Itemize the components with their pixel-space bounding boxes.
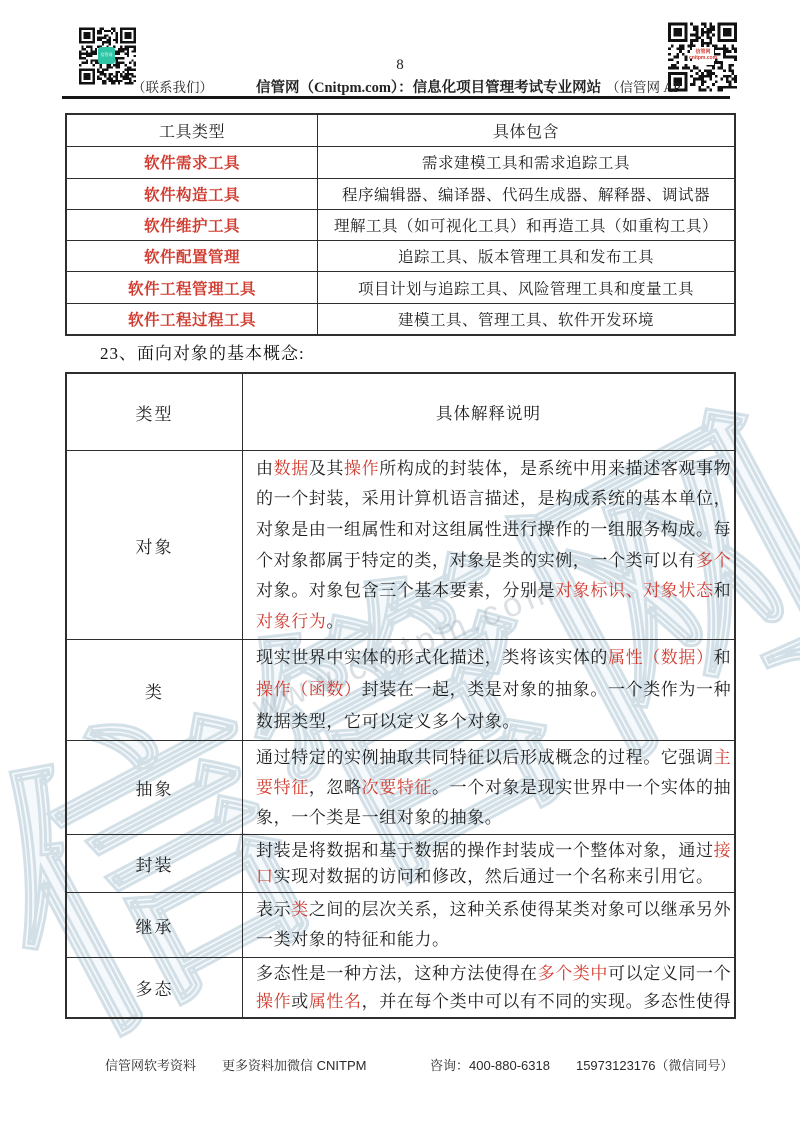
page-number: 8 [0,57,800,74]
oo-term: 继承 [67,893,242,957]
table-row: 软件维护工具 理解工具（如可视化工具）和再造工具（如重构工具） [67,209,734,240]
footer-left-text: 信管网软考资料更多资料加微信 CNITPM [105,1055,366,1074]
oo-term: 多态 [67,958,242,1017]
table-row: 软件工程管理工具 项目计划与追踪工具、风险管理工具和度量工具 [67,271,734,302]
qr-code-left: 信管网 [79,26,136,86]
header-site-title: 信管网（Cnitpm.com）：信息化项目管理考试专业网站 [256,76,601,97]
document-page: 信管网 www.cnitpm.com 信管网 信管网 cnitpm.com 8 … [0,0,800,1131]
tool-type: 软件配置管理 [67,241,317,271]
oo-explanation: 现实世界中实体的形式化描述，类将该实体的属性（数据）和操作（函数）封装在一起，类… [242,640,741,740]
table-row: 多态 多态性是一种方法，这种方法使得在多个类中可以定义同一个操作或属性名，并在每… [67,957,734,1017]
oo-col-header-explain: 具体解释说明 [242,374,734,450]
oo-explanation: 封装是将数据和基于数据的操作封装成一个整体对象，通过接口实现对数据的访问和修改，… [242,835,741,892]
header-app-caption: （信管网 AP [606,76,681,96]
table-row: 软件配置管理 追踪工具、版本管理工具和发布工具 [67,240,734,271]
tool-type: 软件构造工具 [67,179,317,209]
header-contact-caption: （联系我们） [132,76,213,96]
section-title: 23、面向对象的基本概念: [100,339,305,364]
footer-right-text: 咨询：400-880-631815973123176（微信同号） [430,1055,734,1074]
tool-type: 软件工程管理工具 [67,272,317,302]
footer-phone: 15973123176（微信同号） [576,1058,734,1073]
table-row: 对象 由数据及其操作所构成的封装体，是系统中用来描述客观事物的一个封装，采用计算… [67,450,734,639]
oo-term: 封装 [67,835,242,892]
table-row: 软件需求工具 需求建模工具和需求追踪工具 [67,146,734,177]
tools-col-header-detail: 具体包含 [317,115,734,146]
tool-detail: 建模工具、管理工具、软件开发环境 [317,304,734,334]
table-row: 封装 封装是将数据和基于数据的操作封装成一个整体对象，通过接口实现对数据的访问和… [67,834,734,892]
oo-explanation: 通过特定的实例抽取共同特征以后形成概念的过程。它强调主要特征，忽略次要特征。一个… [242,741,741,834]
table-row: 软件构造工具 程序编辑器、编译器、代码生成器、解释器、调试器 [67,178,734,209]
tool-type: 软件维护工具 [67,210,317,240]
table-row: 软件工程过程工具 建模工具、管理工具、软件开发环境 [67,303,734,334]
tool-type: 软件工程过程工具 [67,304,317,334]
oo-term: 对象 [67,451,242,639]
footer-brand: 信管网软考资料 [105,1058,196,1073]
table-row: 类 现实世界中实体的形式化描述，类将该实体的属性（数据）和操作（函数）封装在一起… [67,639,734,740]
table-row: 继承 表示类之间的层次关系，这种关系使得某类对象可以继承另外一类对象的特征和能力… [67,892,734,957]
tool-detail: 程序编辑器、编译器、代码生成器、解释器、调试器 [317,179,734,209]
oo-concepts-table: 类型 具体解释说明 对象 由数据及其操作所构成的封装体，是系统中用来描述客观事物… [65,372,736,1019]
header-divider [62,96,730,99]
tools-col-header-type: 工具类型 [67,115,317,146]
footer-wechat: 更多资料加微信 CNITPM [222,1058,366,1073]
tools-table-header-row: 工具类型 具体包含 [67,115,734,146]
oo-term: 抽象 [67,741,242,834]
tool-type: 软件需求工具 [67,147,317,177]
oo-col-header-type: 类型 [67,374,242,450]
oo-term: 类 [67,640,242,740]
tool-detail: 追踪工具、版本管理工具和发布工具 [317,241,734,271]
oo-explanation: 由数据及其操作所构成的封装体，是系统中用来描述客观事物的一个封装，采用计算机语言… [242,451,741,639]
oo-explanation: 多态性是一种方法，这种方法使得在多个类中可以定义同一个操作或属性名，并在每个类中… [242,958,741,1017]
tool-detail: 理解工具（如可视化工具）和再造工具（如重构工具） [317,210,734,240]
oo-explanation: 表示类之间的层次关系，这种关系使得某类对象可以继承另外一类对象的特征和能力。 [242,893,741,957]
footer-hotline: 咨询：400-880-6318 [430,1058,550,1073]
tools-table: 工具类型 具体包含 软件需求工具 需求建模工具和需求追踪工具 软件构造工具 程序… [65,113,736,336]
oo-table-header-row: 类型 具体解释说明 [67,374,734,450]
tool-detail: 需求建模工具和需求追踪工具 [317,147,734,177]
tool-detail: 项目计划与追踪工具、风险管理工具和度量工具 [317,272,734,302]
table-row: 抽象 通过特定的实例抽取共同特征以后形成概念的过程。它强调主要特征，忽略次要特征… [67,740,734,834]
